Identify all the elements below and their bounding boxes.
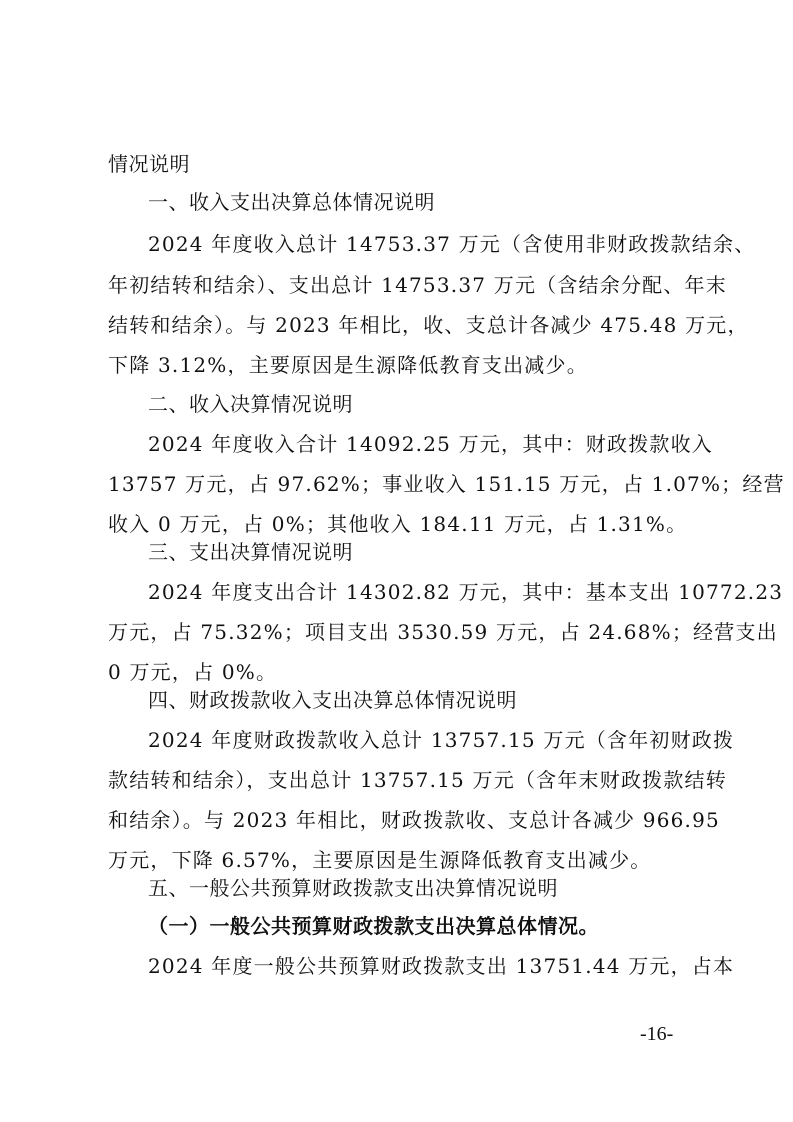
section-1-line-1: 2024 年度收入总计 14753.37 万元（含使用非财政拨款结余、 bbox=[148, 230, 690, 258]
section-2-line-1: 2024 年度收入合计 14092.25 万元，其中：财政拨款收入 bbox=[148, 430, 690, 458]
section-1-line-4: 下降 3.12%，主要原因是生源降低教育支出减少。 bbox=[108, 351, 588, 379]
section-4-line-4: 万元，下降 6.57%，主要原因是生源降低教育支出减少。 bbox=[108, 846, 652, 874]
section-5-subheading: （一）一般公共预算财政拨款支出决算总体情况。 bbox=[148, 912, 599, 940]
section-3-line-3: 0 万元，占 0%。 bbox=[108, 658, 277, 686]
section-3-heading: 三、支出决算情况说明 bbox=[148, 538, 353, 566]
section-4-line-1: 2024 年度财政拨款收入总计 13757.15 万元（含年初财政拨 bbox=[148, 726, 690, 754]
section-1-line-3: 结转和结余）。与 2023 年相比，收、支总计各减少 475.48 万元， bbox=[108, 311, 690, 339]
section-2-line-2: 13757 万元，占 97.62%；事业收入 151.15 万元，占 1.07%… bbox=[108, 470, 690, 498]
section-4-heading: 四、财政拨款收入支出决算总体情况说明 bbox=[148, 686, 517, 714]
section-3-line-1: 2024 年度支出合计 14302.82 万元，其中：基本支出 10772.23 bbox=[148, 578, 690, 606]
section-5-line-1: 2024 年度一般公共预算财政拨款支出 13751.44 万元，占本 bbox=[148, 952, 690, 980]
section-intro-title: 情况说明 bbox=[108, 150, 190, 178]
section-3-line-2: 万元，占 75.32%；项目支出 3530.59 万元，占 24.68%；经营支… bbox=[108, 618, 690, 646]
section-4-line-3: 和结余）。与 2023 年相比，财政拨款收、支总计各减少 966.95 bbox=[108, 806, 690, 834]
section-2-line-3: 收入 0 万元，占 0%；其他收入 184.11 万元，占 1.31%。 bbox=[108, 510, 687, 538]
page-number: -16- bbox=[640, 1022, 673, 1046]
section-5-heading: 五、一般公共预算财政拨款支出决算情况说明 bbox=[148, 874, 558, 902]
section-1-heading: 一、收入支出决算总体情况说明 bbox=[148, 188, 435, 216]
section-4-line-2: 款结转和结余），支出总计 13757.15 万元（含年末财政拨款结转 bbox=[108, 766, 690, 794]
section-2-heading: 二、收入决算情况说明 bbox=[148, 390, 353, 418]
section-1-line-2: 年初结转和结余）、支出总计 14753.37 万元（含结余分配、年末 bbox=[108, 271, 690, 299]
